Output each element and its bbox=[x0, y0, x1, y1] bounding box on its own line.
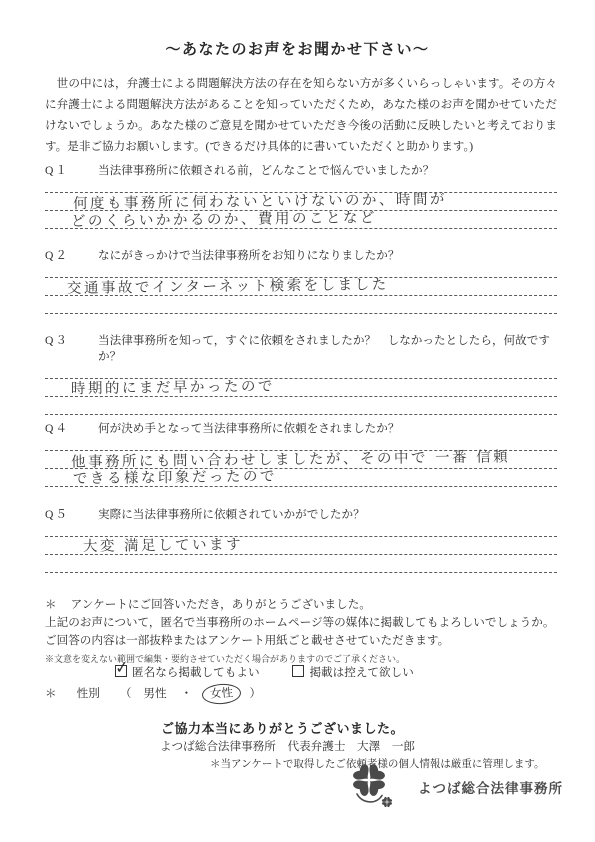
gender-female-circled: 女性 bbox=[202, 683, 243, 706]
gender-row: ＊性別（男性・女性） bbox=[45, 684, 261, 704]
gender-separator: ・ bbox=[181, 687, 193, 700]
answer-area: 大変 満足しています bbox=[45, 536, 557, 594]
question-number: Q４ bbox=[45, 421, 98, 437]
consent-publish-detail: ご回答の内容は一部抜粋またはアンケート用紙ごと載せさせていただきます。 bbox=[45, 632, 449, 648]
option-no-publication: 掲載は控えて欲しい bbox=[292, 664, 413, 680]
question-text: 実際に当法律事務所に依頼されていかがでしたか？ bbox=[98, 507, 365, 523]
dashed-answer-line bbox=[45, 313, 557, 314]
question-text: 当法律事務所に依頼される前，どんなことで悩んでいましたか？ bbox=[98, 163, 434, 179]
question-row: Q３ 当法律事務所を知って，すぐに依頼をされましたか？ しなかったとしたら，何故… bbox=[45, 333, 557, 365]
question-block-1: Q１ 当法律事務所に依頼される前，どんなことで悩んでいましたか？ 何度も事務所に… bbox=[45, 163, 557, 250]
checkbox-checked-icon: ✓ bbox=[115, 665, 127, 677]
answer-area: 他事務所にも問い合わせしましたが、その中で 一番 信頼 できる様な印象だったので bbox=[45, 450, 557, 508]
option-label: 匿名なら掲載してもよい bbox=[132, 666, 260, 679]
option-label: 掲載は控えて欲しい bbox=[309, 666, 413, 679]
intro-paragraph: 世の中には，弁護士による問題解決方法の存在を知らない方が多くいらっしゃいます。そ… bbox=[45, 73, 557, 157]
consent-thanks-text: アンケートにご回答いただき，ありがとうございました。 bbox=[71, 598, 371, 611]
publication-options-row: ✓匿名なら掲載してもよい 掲載は控えて欲しい bbox=[115, 664, 444, 680]
footer-office-line: よつば総合法律事務所 代表弁護士 大澤 一郎 bbox=[0, 738, 575, 754]
clover-logo-icon bbox=[352, 764, 398, 808]
consent-publish-ask: 上記のお声について，匿名で当事務所のホームページ等の媒体に掲載してもよろしいでし… bbox=[45, 614, 554, 630]
question-row: Q１ 当法律事務所に依頼される前，どんなことで悩んでいましたか？ bbox=[45, 163, 557, 179]
page-title: ～あなたのお声をお聞かせ下さい～ bbox=[0, 38, 595, 59]
question-number: Q２ bbox=[45, 248, 98, 264]
footer-thanks: ご協力本当にありがとうございました。 bbox=[0, 718, 565, 737]
answer-area: 何度も事務所に伺わないといけないのか、時間が どのくらいかかるのか、費用のことな… bbox=[45, 192, 557, 250]
question-row: Q２ なにがきっかけで当法律事務所をお知りになりましたか？ bbox=[45, 248, 557, 264]
paren-close: ） bbox=[249, 687, 261, 700]
asterisk-bullet: ＊ bbox=[45, 687, 57, 700]
scanned-questionnaire-page: ～あなたのお声をお聞かせ下さい～ 世の中には，弁護士による問題解決方法の存在を知… bbox=[0, 0, 595, 842]
question-row: Q４ 何が決め手となって当法律事務所に依頼をされましたか？ bbox=[45, 421, 557, 437]
question-number: Q１ bbox=[45, 163, 98, 179]
question-block-2: Q２ なにがきっかけで当法律事務所をお知りになりましたか？ 交通事故でインターネ… bbox=[45, 248, 557, 335]
question-block-5: Q５ 実際に当法律事務所に依頼されていかがでしたか？ 大変 満足しています bbox=[45, 507, 557, 594]
consent-thanks-line: ＊アンケートにご回答いただき，ありがとうございました。 bbox=[45, 596, 371, 612]
dashed-answer-line bbox=[45, 572, 557, 573]
gender-label: 性別 bbox=[77, 687, 100, 700]
handwritten-answer: 交通事故でインターネット検索をしました bbox=[67, 275, 389, 299]
option-anonymous-ok: ✓匿名なら掲載してもよい bbox=[115, 664, 260, 680]
handwritten-answer: できる様な印象だったので bbox=[73, 467, 277, 489]
question-text: 当法律事務所を知って，すぐに依頼をされましたか？ しなかったとしたら，何故ですか… bbox=[98, 333, 557, 365]
handwritten-checkmark-icon: ✓ bbox=[114, 657, 129, 677]
handwritten-answer: どのくらいかかるのか、費用のことなど bbox=[71, 208, 377, 232]
handwritten-answer: 大変 満足しています bbox=[83, 535, 243, 557]
gender-male: 男性 bbox=[143, 687, 166, 700]
question-text: なにがきっかけで当法律事務所をお知りになりましたか？ bbox=[98, 248, 399, 264]
question-block-4: Q４ 何が決め手となって当法律事務所に依頼をされましたか？ 他事務所にも問い合わ… bbox=[45, 421, 557, 508]
footer-logo-text: よつば総合法律事務所 bbox=[418, 777, 563, 797]
asterisk-bullet: ＊ bbox=[45, 596, 57, 612]
dashed-answer-line bbox=[45, 414, 557, 415]
question-number: Q５ bbox=[45, 507, 98, 523]
question-row: Q５ 実際に当法律事務所に依頼されていかがでしたか？ bbox=[45, 507, 557, 523]
handwritten-answer: 時期的にまだ早かったので bbox=[71, 377, 275, 399]
question-text: 何が決め手となって当法律事務所に依頼をされましたか？ bbox=[98, 421, 399, 437]
question-number: Q３ bbox=[45, 333, 98, 365]
answer-area: 交通事故でインターネット検索をしました bbox=[45, 277, 557, 335]
paren-open: （ bbox=[120, 687, 132, 700]
checkbox-unchecked-icon bbox=[292, 665, 304, 677]
